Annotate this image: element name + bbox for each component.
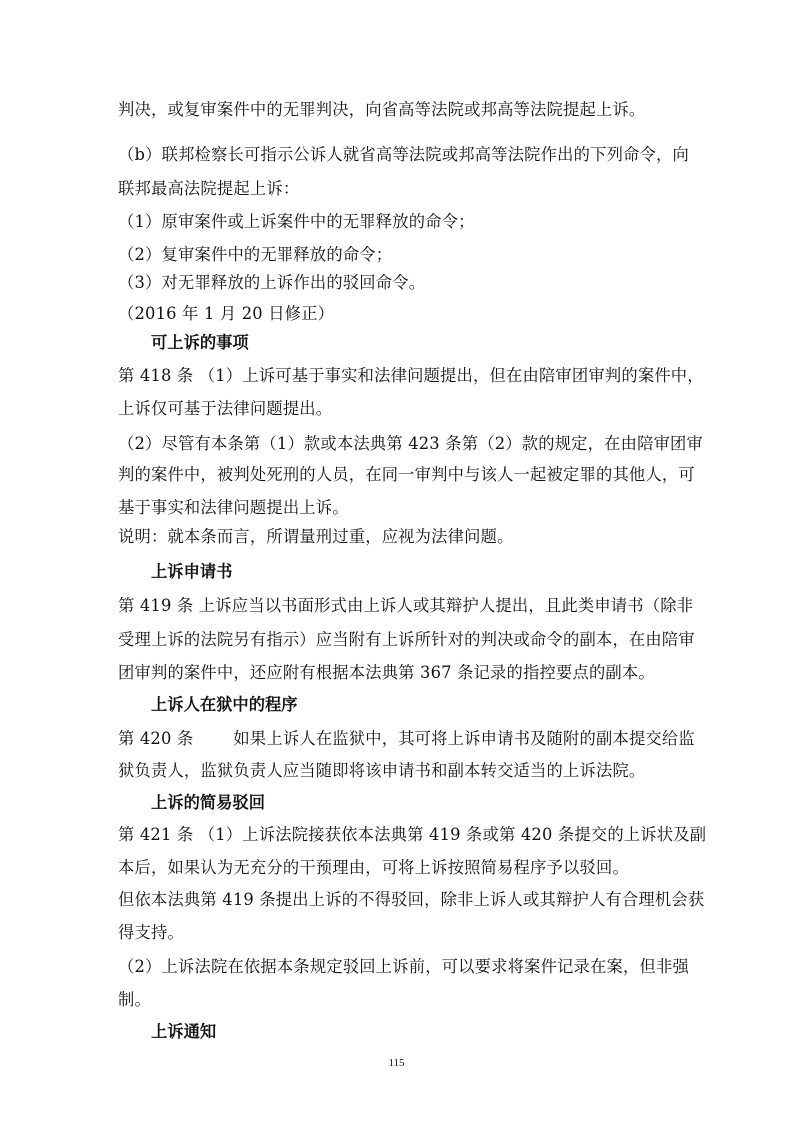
document-page: 判决，或复审案件中的无罪判决，向省高等法院或邦高等法院提起上诉。 （b）联邦检察… xyxy=(0,0,793,1122)
section-heading: 上诉申请书 xyxy=(151,562,232,582)
page-number: 115 xyxy=(0,1056,793,1070)
article-418-text: 第 418 条 （1）上诉可基于事实和法律问题提出，但在由陪审团审判的案件中， xyxy=(118,366,678,386)
body-text-line: 判的案件中，被判处死刑的人员，在同一审判中与该人一起被定罪的其他人，可 xyxy=(118,465,678,485)
body-text-line: 制。 xyxy=(118,990,678,1010)
section-heading: 上诉通知 xyxy=(151,1022,216,1042)
proviso-text: 但依本法典第 419 条提出上诉的不得驳回，除非上诉人或其辩护人有合理机会获 xyxy=(118,890,678,910)
article-419-text: 第 419 条 上诉应当以书面形式由上诉人或其辩护人提出，且此类申请书（除非 xyxy=(118,596,678,616)
body-text-line: 判决，或复审案件中的无罪判决，向省高等法院或邦高等法院提起上诉。 xyxy=(118,100,678,120)
body-text-line: 基于事实和法律问题提出上诉。 xyxy=(118,498,678,518)
article-420-text: 第 420 条如果上诉人在监狱中，其可将上诉申请书及随附的副本提交给监 xyxy=(118,729,678,749)
body-text-line: 本后，如果认为无充分的干预理由，可将上诉按照简易程序予以驳回。 xyxy=(118,858,678,878)
article-421-text: 第 421 条 （1）上诉法院接获依本法典第 419 条或第 420 条提交的上… xyxy=(118,825,678,845)
list-item: （1）原审案件或上诉案件中的无罪释放的命令； xyxy=(118,212,678,232)
amendment-note: （2016 年 1 月 20 日修正） xyxy=(118,304,678,324)
body-text-line: 团审判的案件中，还应附有根据本法典第 367 条记录的指控要点的副本。 xyxy=(118,663,678,683)
body-text-line: 上诉仅可基于法律问题提出。 xyxy=(118,399,678,419)
body-text-line: 狱负责人，监狱负责人应当随即将该申请书和副本转交适当的上诉法院。 xyxy=(118,761,678,781)
body-text-line: （b）联邦检察长可指示公诉人就省高等法院或邦高等法院作出的下列命令，向 xyxy=(118,145,678,165)
list-item: （3）对无罪释放的上诉作出的驳回命令。 xyxy=(118,273,678,293)
article-number: 第 420 条 xyxy=(118,729,193,748)
section-heading: 上诉的简易驳回 xyxy=(151,793,265,813)
body-text-line: （2）上诉法院在依据本条规定驳回上诉前，可以要求将案件记录在案，但非强 xyxy=(118,957,678,977)
explanation-text: 说明：就本条而言，所谓量刑过重，应视为法律问题。 xyxy=(118,527,678,547)
list-item: （2）复审案件中的无罪释放的命令； xyxy=(118,245,678,265)
body-text-line: 联邦最高法院提起上诉： xyxy=(118,179,678,199)
body-text-line: 得支持。 xyxy=(118,923,678,943)
body-text-line: （2）尽管有本条第（1）款或本法典第 423 条第（2）款的规定，在由陪审团审 xyxy=(118,434,678,454)
section-heading: 上诉人在狱中的程序 xyxy=(151,695,298,715)
section-heading: 可上诉的事项 xyxy=(151,333,249,353)
body-text-line: 受理上诉的法院另有指示）应当附有上诉所针对的判决或命令的副本，在由陪审 xyxy=(118,630,678,650)
article-body: 如果上诉人在监狱中，其可将上诉申请书及随附的副本提交给监 xyxy=(233,729,694,748)
